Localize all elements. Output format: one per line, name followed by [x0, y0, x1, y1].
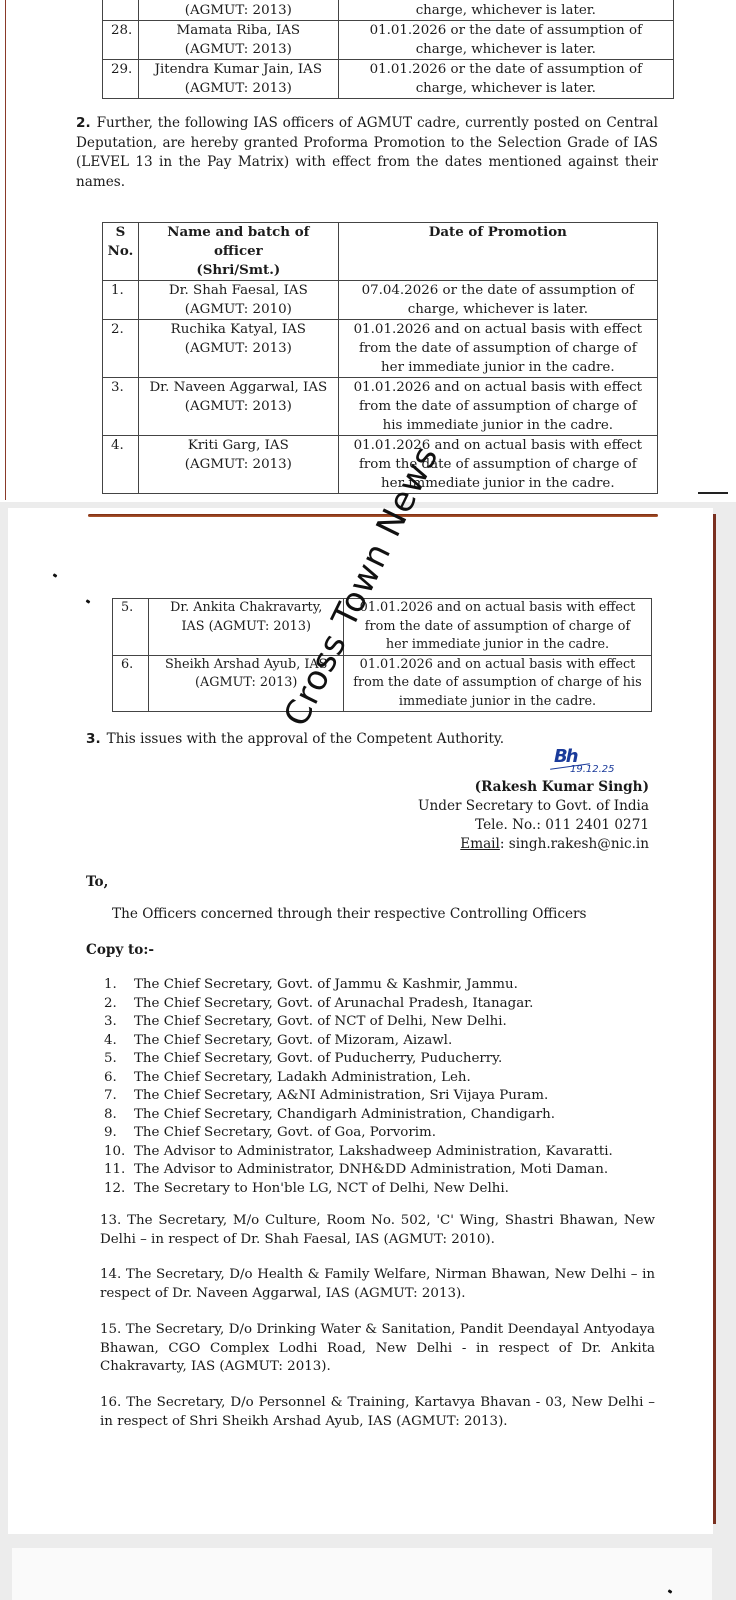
date-text: charge, whichever is later.	[416, 3, 596, 18]
table-row: 4.Kriti Garg, IAS(AGMUT: 2013)01.01.2026…	[103, 436, 658, 494]
item-text: The Chief Secretary, Govt. of Arunachal …	[134, 995, 533, 1014]
item-text: The Chief Secretary, Ladakh Administrati…	[134, 1069, 471, 1088]
scan-speck	[668, 1589, 673, 1594]
item-text: The Chief Secretary, A&NI Administration…	[134, 1087, 548, 1106]
table-row: 29. Jitendra Kumar Jain, IAS(AGMUT: 2013…	[103, 60, 674, 99]
handwritten-signature: Bh 19.12.25	[548, 746, 618, 780]
table-row: 1.Dr. Shah Faesal, IAS(AGMUT: 2010)07.04…	[103, 281, 658, 320]
signatory-designation: Under Secretary to Govt. of India	[418, 797, 649, 816]
date-text: charge, whichever is later.	[343, 79, 669, 98]
officer-name: Dr. Ankita Chakravarty,	[153, 599, 339, 618]
to-recipients: The Officers concerned through their res…	[112, 906, 587, 922]
date-cell: charge, whichever is later.	[338, 0, 673, 21]
date-cell: 01.01.2026 and on actual basis with effe…	[338, 320, 657, 378]
header-date: Date of Promotion	[338, 223, 657, 281]
table-row: (AGMUT: 2013) charge, whichever is later…	[103, 0, 674, 21]
copy-to-item: 13. The Secretary, M/o Culture, Room No.…	[100, 1212, 655, 1249]
officer-cell: Ruchika Katyal, IAS(AGMUT: 2013)	[138, 320, 338, 378]
item-number: 9.	[104, 1124, 134, 1143]
date-text: her immediate junior in the cadre.	[348, 636, 647, 655]
date-cell: 01.01.2026 and on actual basis with effe…	[343, 599, 651, 656]
header-name: Name and batch of officer(Shri/Smt.)	[138, 223, 338, 281]
officer-batch: (AGMUT: 2013)	[143, 40, 334, 59]
to-label: To,	[86, 874, 108, 890]
officer-batch: (AGMUT: 2013)	[143, 339, 334, 358]
date-text: charge, whichever is later.	[343, 40, 669, 59]
item-number: 2.	[104, 995, 134, 1014]
date-text: from the date of assumption of charge of	[343, 397, 653, 416]
officer-name: Kriti Garg, IAS	[143, 436, 334, 455]
copy-to-item: 12.The Secretary to Hon'ble LG, NCT of D…	[104, 1180, 664, 1199]
officer-name: Sheikh Arshad Ayub, IAS	[153, 656, 339, 675]
officer-batch: IAS (AGMUT: 2013)	[153, 618, 339, 637]
document-page-2: 5.Dr. Ankita Chakravarty,IAS (AGMUT: 201…	[8, 508, 713, 1534]
date-text: 07.04.2026 or the date of assumption of	[343, 281, 653, 300]
item-number: 7.	[104, 1087, 134, 1106]
sno-cell	[103, 0, 139, 21]
date-text: from the date of assumption of charge of	[343, 455, 653, 474]
table-row: 28. Mamata Riba, IAS(AGMUT: 2013) 01.01.…	[103, 21, 674, 60]
copy-to-item: 14. The Secretary, D/o Health & Family W…	[100, 1266, 655, 1303]
officer-cell: Dr. Naveen Aggarwal, IAS(AGMUT: 2013)	[138, 378, 338, 436]
table-row: 3.Dr. Naveen Aggarwal, IAS(AGMUT: 2013)0…	[103, 378, 658, 436]
item-text: The Chief Secretary, Govt. of NCT of Del…	[134, 1013, 507, 1032]
copy-to-item: 7.The Chief Secretary, A&NI Administrati…	[104, 1087, 664, 1106]
copy-to-item: 8.The Chief Secretary, Chandigarh Admini…	[104, 1106, 664, 1125]
officer-name: Dr. Shah Faesal, IAS	[143, 281, 334, 300]
date-text: 01.01.2026 or the date of assumption of	[343, 60, 669, 79]
item-text: The Advisor to Administrator, DNH&DD Adm…	[134, 1161, 608, 1180]
date-cell: 01.01.2026 or the date of assumption ofc…	[338, 21, 673, 60]
copy-to-item: 3.The Chief Secretary, Govt. of NCT of D…	[104, 1013, 664, 1032]
date-text: charge, whichever is later.	[343, 300, 653, 319]
date-cell: 01.01.2026 and on actual basis with effe…	[338, 436, 657, 494]
scan-speck	[53, 573, 58, 578]
sno-cell: 2.	[103, 320, 139, 378]
item-number: 12.	[104, 1180, 134, 1199]
item-number: 11.	[104, 1161, 134, 1180]
page-edge	[698, 492, 728, 494]
table-row: 6.Sheikh Arshad Ayub, IAS(AGMUT: 2013)01…	[113, 655, 652, 712]
sno-cell: 29.	[103, 60, 139, 99]
officer-name: Ruchika Katyal, IAS	[143, 320, 334, 339]
copy-to-item: 6.The Chief Secretary, Ladakh Administra…	[104, 1069, 664, 1088]
copy-to-list: 1.The Chief Secretary, Govt. of Jammu & …	[104, 976, 664, 1198]
date-cell: 01.01.2026 and on actual basis with effe…	[343, 655, 651, 712]
officer-cell: Dr. Shah Faesal, IAS(AGMUT: 2010)	[138, 281, 338, 320]
signatory-name: (Rakesh Kumar Singh)	[418, 778, 649, 797]
date-text: 01.01.2026 and on actual basis with effe…	[348, 656, 647, 675]
table-header-row: SNo. Name and batch of officer(Shri/Smt.…	[103, 223, 658, 281]
scan-speck	[86, 599, 91, 604]
item-number: 1.	[104, 976, 134, 995]
sno-cell: 5.	[113, 599, 149, 656]
promotion-table-continued: 5.Dr. Ankita Chakravarty,IAS (AGMUT: 201…	[112, 598, 652, 712]
copy-to-item: 15. The Secretary, D/o Drinking Water & …	[100, 1321, 655, 1377]
header-sno: SNo.	[103, 223, 139, 281]
paragraph-number: 3.	[86, 731, 101, 747]
promotion-table-continued: (AGMUT: 2013) charge, whichever is later…	[102, 0, 674, 99]
officer-batch: (AGMUT: 2013)	[143, 397, 334, 416]
copy-to-item: 2.The Chief Secretary, Govt. of Arunacha…	[104, 995, 664, 1014]
item-number: 8.	[104, 1106, 134, 1125]
date-text: immediate junior in the cadre.	[348, 693, 647, 712]
copy-to-item: 10.The Advisor to Administrator, Lakshad…	[104, 1143, 664, 1162]
signature-block: (Rakesh Kumar Singh) Under Secretary to …	[418, 778, 649, 854]
promotion-table: SNo. Name and batch of officer(Shri/Smt.…	[102, 222, 658, 494]
page-edge	[5, 0, 6, 500]
date-text: her immediate junior in the cadre.	[343, 474, 653, 493]
signatory-email: Email: singh.rakesh@nic.in	[418, 835, 649, 854]
page-edge	[713, 514, 716, 1524]
date-text: 01.01.2026 or the date of assumption of	[343, 21, 669, 40]
officer-batch: (AGMUT: 2013)	[143, 455, 334, 474]
officer-cell: (AGMUT: 2013)	[138, 0, 338, 21]
copy-to-item: 1.The Chief Secretary, Govt. of Jammu & …	[104, 976, 664, 995]
date-text: 01.01.2026 and on actual basis with effe…	[343, 436, 653, 455]
date-text: 01.01.2026 and on actual basis with effe…	[343, 378, 653, 397]
officer-batch: (AGMUT: 2013)	[143, 79, 334, 98]
item-number: 3.	[104, 1013, 134, 1032]
paragraph-text: Further, the following IAS officers of A…	[76, 115, 658, 190]
item-number: 6.	[104, 1069, 134, 1088]
document-page-3	[12, 1548, 712, 1600]
table-row: 2.Ruchika Katyal, IAS(AGMUT: 2013)01.01.…	[103, 320, 658, 378]
date-text: from the date of assumption of charge of…	[348, 674, 647, 693]
page-edge	[88, 514, 658, 517]
sno-cell: 3.	[103, 378, 139, 436]
officer-name: Dr. Naveen Aggarwal, IAS	[143, 378, 334, 397]
sno-cell: 6.	[113, 655, 149, 712]
item-text: The Chief Secretary, Chandigarh Administ…	[134, 1106, 555, 1125]
date-text: her immediate junior in the cadre.	[343, 358, 653, 377]
officer-batch: (AGMUT: 2013)	[153, 674, 339, 693]
item-number: 4.	[104, 1032, 134, 1051]
officer-batch: (AGMUT: 2010)	[143, 300, 334, 319]
date-text: his immediate junior in the cadre.	[343, 416, 653, 435]
item-text: The Advisor to Administrator, Lakshadwee…	[134, 1143, 613, 1162]
signatory-phone: Tele. No.: 011 2401 0271	[418, 816, 649, 835]
sno-cell: 4.	[103, 436, 139, 494]
officer-batch: (AGMUT: 2013)	[185, 3, 292, 18]
item-text: The Chief Secretary, Govt. of Mizoram, A…	[134, 1032, 452, 1051]
date-text: 01.01.2026 and on actual basis with effe…	[343, 320, 653, 339]
signature-date: 19.12.25	[570, 764, 615, 775]
paragraph-2: 2.Further, the following IAS officers of…	[76, 114, 658, 192]
item-text: The Chief Secretary, Govt. of Goa, Porvo…	[134, 1124, 436, 1143]
copy-to-item: 11.The Advisor to Administrator, DNH&DD …	[104, 1161, 664, 1180]
officer-cell: Sheikh Arshad Ayub, IAS(AGMUT: 2013)	[149, 655, 344, 712]
date-text: from the date of assumption of charge of	[343, 339, 653, 358]
copy-to-label: Copy to:-	[86, 942, 154, 958]
sno-cell: 1.	[103, 281, 139, 320]
item-text: The Chief Secretary, Govt. of Jammu & Ka…	[134, 976, 518, 995]
paragraph-number: 2.	[76, 115, 91, 131]
officer-name: Jitendra Kumar Jain, IAS	[143, 60, 334, 79]
date-cell: 07.04.2026 or the date of assumption ofc…	[338, 281, 657, 320]
copy-to-item: 4.The Chief Secretary, Govt. of Mizoram,…	[104, 1032, 664, 1051]
officer-cell: Dr. Ankita Chakravarty,IAS (AGMUT: 2013)	[149, 599, 344, 656]
document-page-1: (AGMUT: 2013) charge, whichever is later…	[0, 0, 736, 502]
date-text: from the date of assumption of charge of	[348, 618, 647, 637]
date-cell: 01.01.2026 or the date of assumption ofc…	[338, 60, 673, 99]
item-text: The Secretary to Hon'ble LG, NCT of Delh…	[134, 1180, 509, 1199]
item-number: 10.	[104, 1143, 134, 1162]
sno-cell: 28.	[103, 21, 139, 60]
officer-cell: Kriti Garg, IAS(AGMUT: 2013)	[138, 436, 338, 494]
item-number: 5.	[104, 1050, 134, 1069]
date-text: 01.01.2026 and on actual basis with effe…	[348, 599, 647, 618]
paragraph-text: This issues with the approval of the Com…	[107, 731, 504, 747]
table-row: 5.Dr. Ankita Chakravarty,IAS (AGMUT: 201…	[113, 599, 652, 656]
officer-cell: Jitendra Kumar Jain, IAS(AGMUT: 2013)	[138, 60, 338, 99]
officer-name: Mamata Riba, IAS	[143, 21, 334, 40]
copy-to-item: 9.The Chief Secretary, Govt. of Goa, Por…	[104, 1124, 664, 1143]
copy-to-item: 5.The Chief Secretary, Govt. of Puducher…	[104, 1050, 664, 1069]
officer-cell: Mamata Riba, IAS(AGMUT: 2013)	[138, 21, 338, 60]
item-text: The Chief Secretary, Govt. of Puducherry…	[134, 1050, 502, 1069]
copy-to-item: 16. The Secretary, D/o Personnel & Train…	[100, 1394, 655, 1431]
date-cell: 01.01.2026 and on actual basis with effe…	[338, 378, 657, 436]
